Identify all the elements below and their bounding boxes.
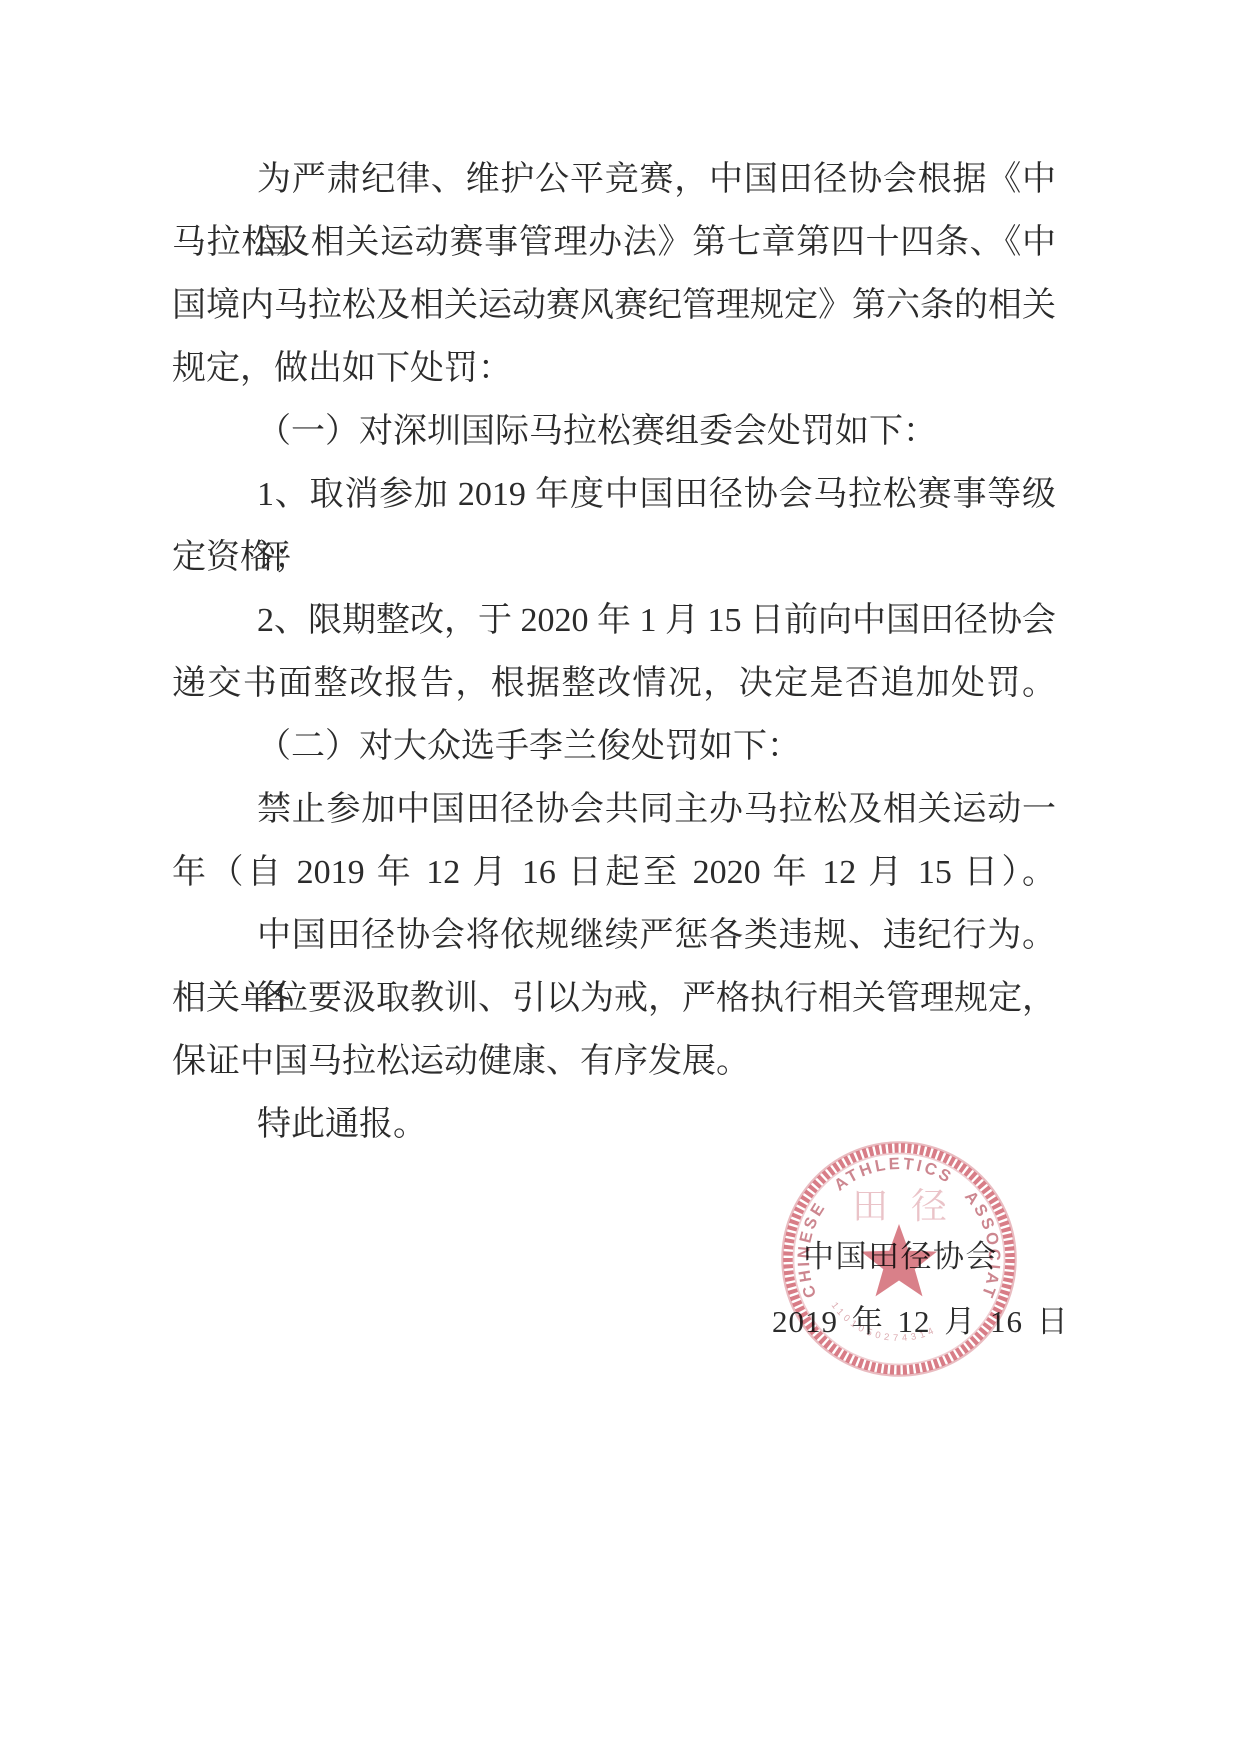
signature-organization: 中国田径协会 [803,1231,998,1276]
signature-date: 2019 年 12 月 16 日 [772,1296,1069,1341]
signature-block: 中国田径协会 2019 年 12 月 16 日 [0,0,1241,1755]
document-page: 为严肃纪律、维护公平竞赛，中国田径协会根据《中国马拉松及相关运动赛事管理办法》第… [0,0,1241,1755]
